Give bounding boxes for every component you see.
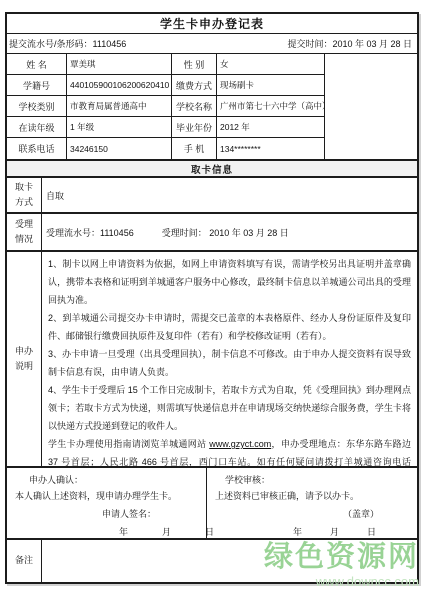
applicant-date-year: 年 bbox=[119, 524, 128, 540]
note-item-2: 2、到羊城通公司提交办卡申请时，需提交已盖章的本表格原件、经办人身份证原件及复印… bbox=[48, 309, 411, 345]
submit-time-value: 2010 年 03 月 28 日 bbox=[332, 39, 412, 49]
graduation-year-label: 毕业年份 bbox=[172, 117, 217, 138]
pickup-method-row: 取卡方式 自取 bbox=[7, 176, 417, 212]
submit-serial: 提交流水号/条形码：1110456 bbox=[9, 37, 126, 50]
school-review-text: 上述资料已审核正确，请予以办卡。 bbox=[207, 488, 417, 504]
school-name-label: 学校名称 bbox=[172, 96, 217, 117]
school-date-month: 月 bbox=[330, 524, 339, 540]
school-type-value: 市教育局属普通高中 bbox=[67, 96, 172, 117]
student-id-label: 学籍号 bbox=[7, 75, 67, 96]
note-item-1: 1、制卡以网上申请资料为依据，如网上申请资料填写有误，需请学校另出具证明并盖章确… bbox=[48, 255, 411, 309]
notes-label-cell: 申办说明 bbox=[7, 252, 42, 466]
student-card-application-page: 学生卡申办登记表 提交流水号/条形码：1110456 提交时间：2010 年 0… bbox=[0, 0, 425, 600]
notes-label: 申办说明 bbox=[13, 344, 35, 375]
payment-method-value: 现场刷卡 bbox=[217, 75, 325, 96]
applicant-confirmation-text: 本人确认上述资料，现申请办理学生卡。 bbox=[7, 488, 206, 504]
remarks-label: 备注 bbox=[13, 553, 35, 568]
note-item-3: 3、办卡申请一旦受理（出具受理回执），制卡信息不可修改。由于申办人提交资料有误导… bbox=[48, 345, 411, 381]
phone-label: 联系电话 bbox=[7, 138, 67, 159]
school-date-day: 日 bbox=[367, 524, 376, 540]
submit-time-label: 提交时间： bbox=[287, 39, 332, 49]
applicant-confirmation-title: 申办人确认： bbox=[7, 472, 206, 488]
remarks-label-cell: 备注 bbox=[7, 540, 42, 582]
guide-prefix: 学生卡办理使用指南请浏览羊城通网站 bbox=[48, 439, 209, 449]
notes-content: 1、制卡以网上申请资料为依据，如网上申请资料填写有误，需请学校另出具证明并盖章确… bbox=[42, 252, 417, 466]
acceptance-time: 受理时间： 2010 年 03 月 28 日 bbox=[162, 226, 289, 239]
confirmation-row: 申办人确认： 本人确认上述资料，现申请办理学生卡。 申请人签名： 年 月 日 学… bbox=[7, 466, 417, 538]
grade-label: 在读年级 bbox=[7, 117, 67, 138]
application-notes-row: 申办说明 1、制卡以网上申请资料为依据，如网上申请资料填写有误，需请学校另出具证… bbox=[7, 250, 417, 466]
acceptance-label: 受理情况 bbox=[13, 217, 35, 248]
payment-method-label: 缴费方式 bbox=[172, 75, 217, 96]
school-review-cell: 学校审核： 上述资料已审核正确，请予以办卡。 （盖章） 年 月 日 bbox=[207, 468, 417, 538]
name-value: 覃美琪 bbox=[67, 54, 172, 75]
acceptance-label-cell: 受理情况 bbox=[7, 214, 42, 250]
applicant-date-line: 年 月 日 bbox=[7, 524, 206, 540]
note-guide: 学生卡办理使用指南请浏览羊城通网站 www.gzyct.com，申办受理地点：东… bbox=[48, 435, 411, 466]
remarks-row: 备注 bbox=[7, 538, 417, 582]
applicant-signature-label: 申请人签名： bbox=[7, 506, 206, 522]
photo-area bbox=[325, 54, 417, 159]
school-seal-label: （盖章） bbox=[207, 506, 417, 522]
mobile-value: 134******** bbox=[217, 138, 325, 159]
pickup-method-label: 取卡方式 bbox=[13, 180, 35, 211]
student-id-value: 440105900106200620410 bbox=[67, 75, 172, 96]
remarks-content bbox=[42, 540, 417, 582]
pickup-method-label-cell: 取卡方式 bbox=[7, 178, 42, 212]
personal-info-grid: 姓 名 覃美琪 性 别 女 学籍号 440105900106200620410 … bbox=[7, 53, 417, 159]
submit-serial-label: 提交流水号/条形码： bbox=[9, 39, 93, 49]
card-pickup-section-header: 取卡信息 bbox=[7, 159, 417, 176]
pickup-method-value: 自取 bbox=[42, 178, 417, 212]
school-type-label: 学校类别 bbox=[7, 96, 67, 117]
name-label: 姓 名 bbox=[7, 54, 67, 75]
submit-time: 提交时间：2010 年 03 月 28 日 bbox=[287, 37, 412, 50]
phone-value: 34246150 bbox=[67, 138, 172, 159]
gender-label: 性 别 bbox=[172, 54, 217, 75]
school-name-value: 广州市第七十六中学（高中） bbox=[217, 96, 325, 117]
mobile-label: 手 机 bbox=[172, 138, 217, 159]
applicant-confirmation-cell: 申办人确认： 本人确认上述资料，现申请办理学生卡。 申请人签名： 年 月 日 bbox=[7, 468, 207, 538]
note-item-4: 4、学生卡于受理后 15 个工作日完成制卡，若取卡方式为自取，凭《受理回执》到办… bbox=[48, 381, 411, 435]
gender-value: 女 bbox=[217, 54, 325, 75]
submit-info-row: 提交流水号/条形码：1110456 提交时间：2010 年 03 月 28 日 bbox=[7, 33, 417, 53]
grade-value: 1 年级 bbox=[67, 117, 172, 138]
yangchengtong-website-link: www.gzyct.com bbox=[209, 439, 271, 449]
school-date-line: 年 月 日 bbox=[207, 524, 417, 540]
submit-serial-value: 1110456 bbox=[93, 39, 127, 49]
graduation-year-value: 2012 年 bbox=[217, 117, 325, 138]
school-review-title: 学校审核： bbox=[207, 472, 417, 488]
form-title: 学生卡申办登记表 bbox=[7, 14, 417, 33]
acceptance-serial: 受理流水号：1110456 bbox=[46, 226, 134, 239]
applicant-date-month: 月 bbox=[162, 524, 171, 540]
school-date-year: 年 bbox=[293, 524, 302, 540]
registration-form-table: 学生卡申办登记表 提交流水号/条形码：1110456 提交时间：2010 年 0… bbox=[5, 12, 419, 584]
acceptance-row: 受理情况 受理流水号：1110456 受理时间： 2010 年 03 月 28 … bbox=[7, 212, 417, 250]
acceptance-content: 受理流水号：1110456 受理时间： 2010 年 03 月 28 日 bbox=[42, 214, 417, 250]
